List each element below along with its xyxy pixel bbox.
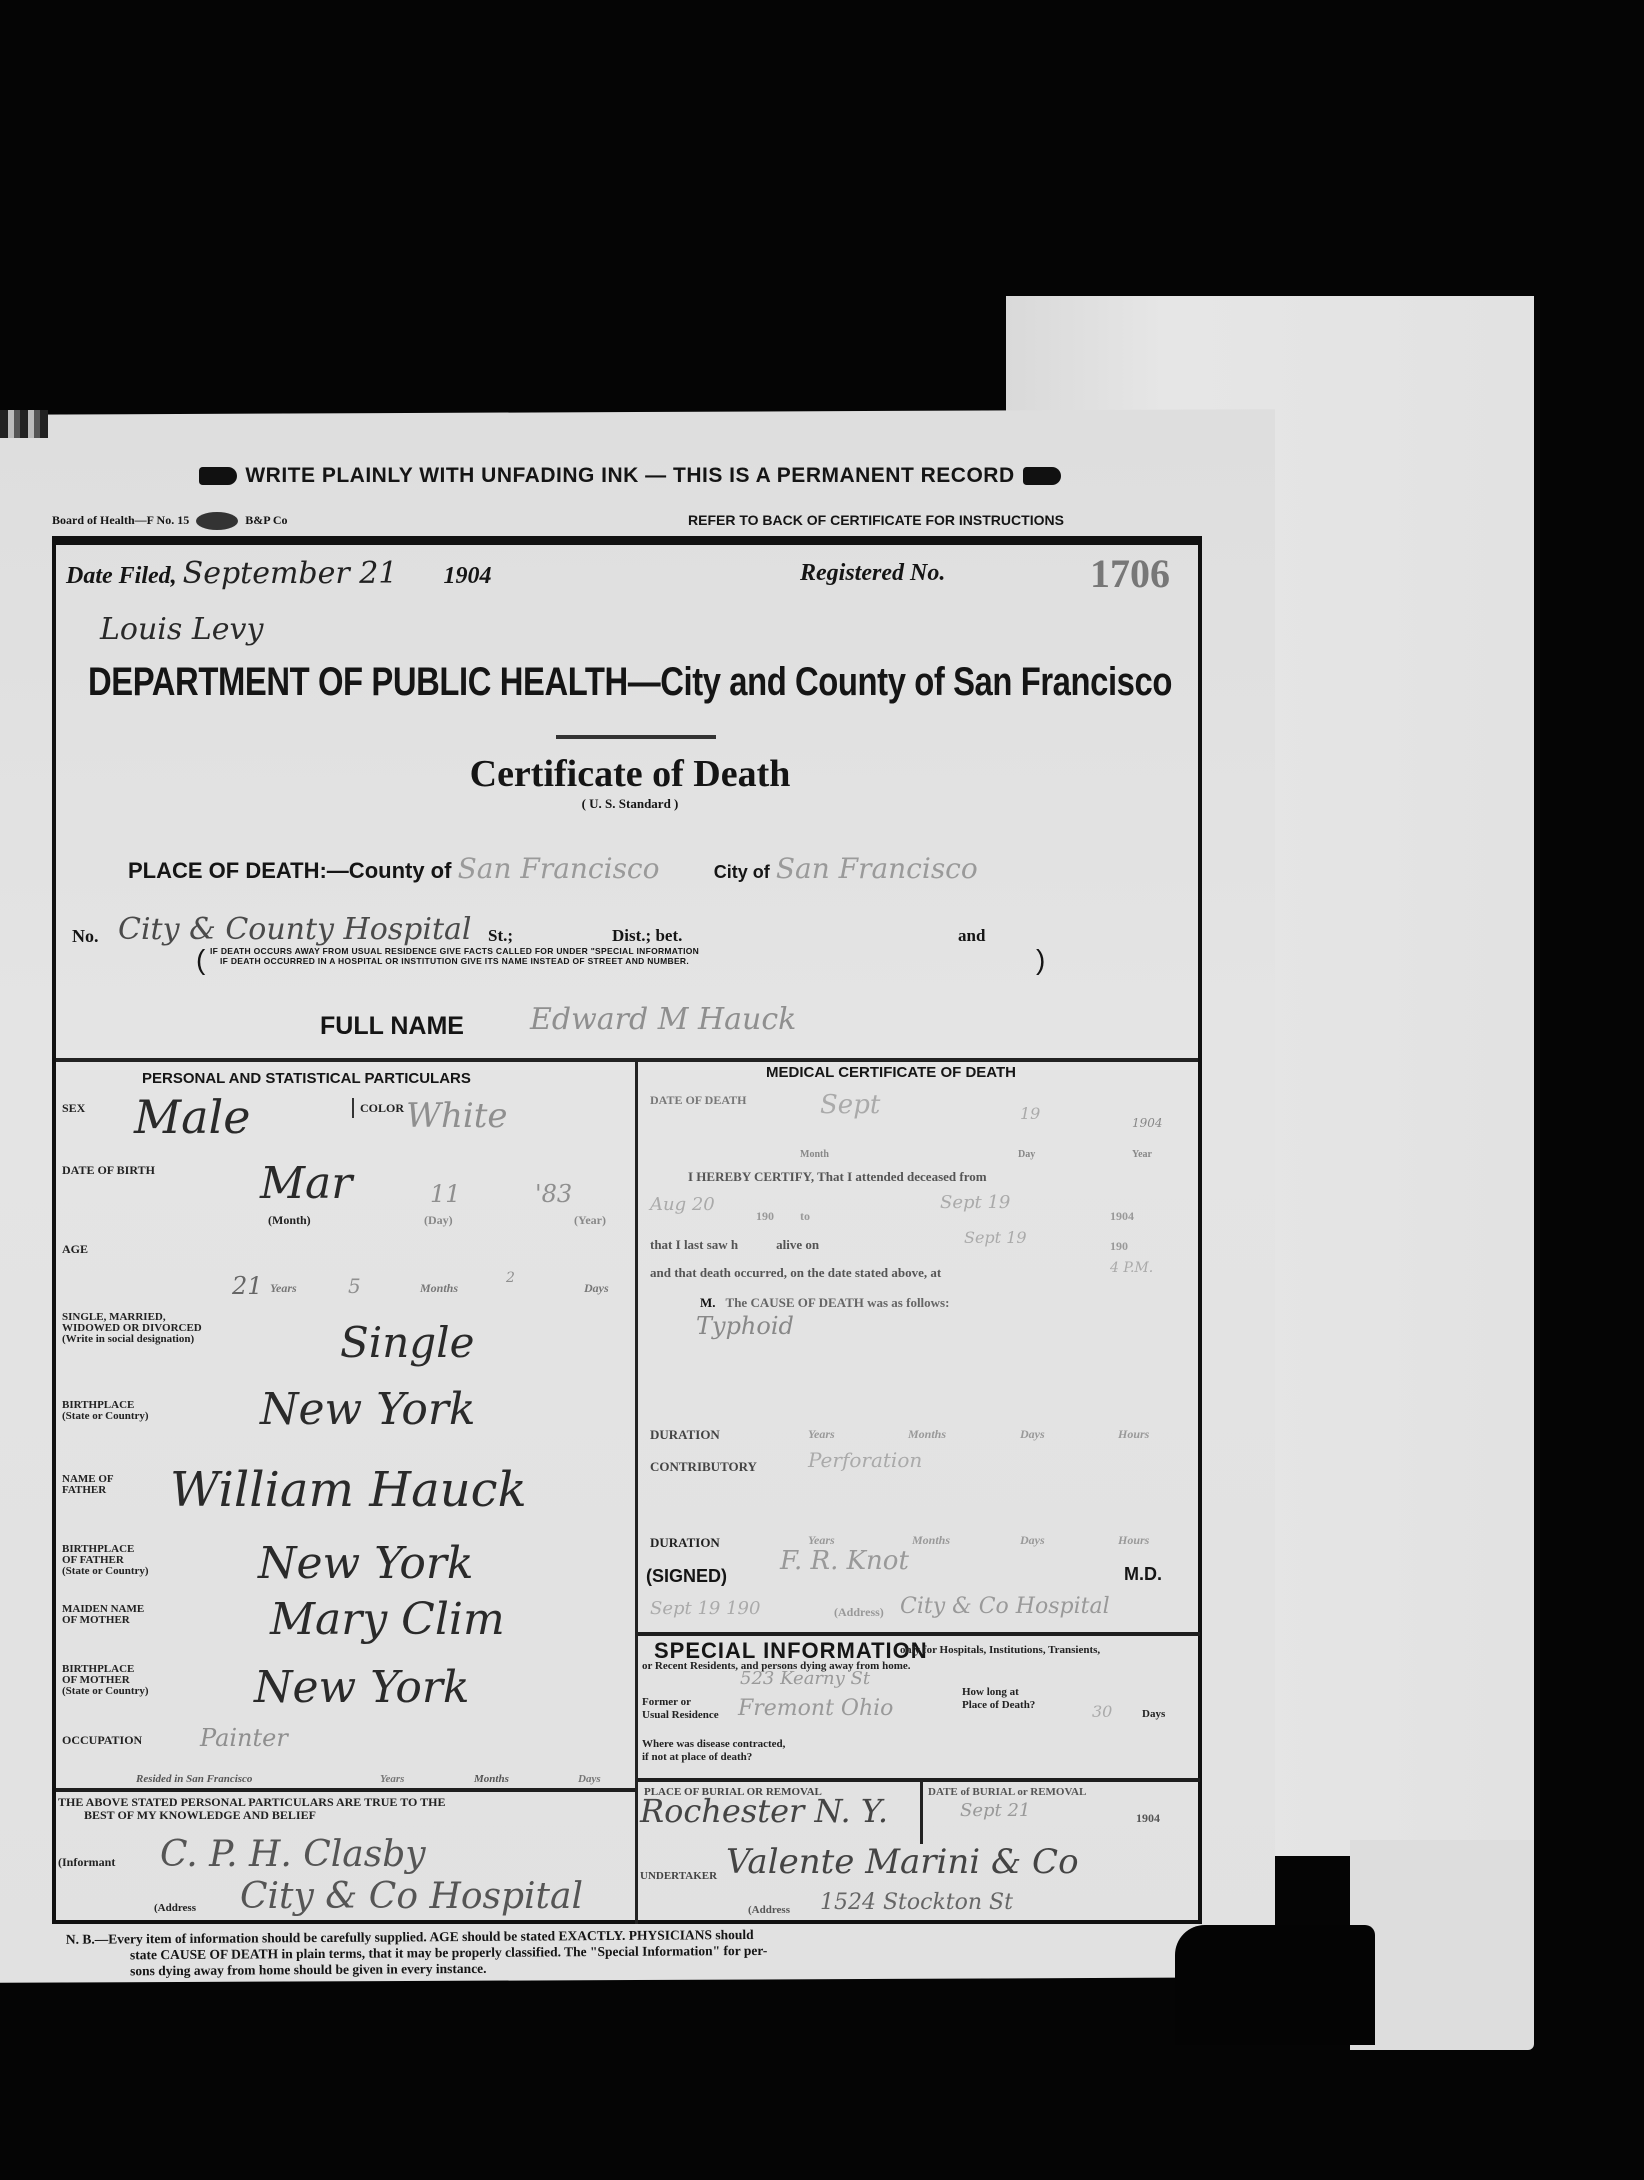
marital-label: SINGLE, MARRIED, WIDOWED OR DIVORCED (Wr… (62, 1312, 202, 1345)
occupation-label: OCCUPATION (62, 1734, 142, 1747)
dob-day: 11 (430, 1180, 461, 1208)
burial-date-value: Sept 21 (960, 1800, 1030, 1821)
birthplace-value: New York (260, 1384, 476, 1435)
sex-value: Male (134, 1090, 250, 1144)
burial-year: 1904 (1136, 1812, 1160, 1825)
occupation-value: Painter (200, 1724, 288, 1752)
undertaker-value: Valente Marini & Co (726, 1842, 1079, 1882)
burial-divider (638, 1778, 1200, 1782)
county-value: San Francisco (458, 852, 708, 885)
birthplace-label: BIRTHPLACE (State or Country) (62, 1400, 149, 1422)
date-filed: Date Filed, September 21 1904 (66, 556, 491, 591)
physician-signature: F. R. Knot (780, 1546, 909, 1576)
father-birthplace-value: New York (258, 1538, 474, 1589)
pointing-hand-icon (199, 467, 237, 485)
footnote: N. B.—Every item of information should b… (66, 1924, 1146, 1980)
street-address-value: City & County Hospital (118, 912, 471, 947)
clerk-signature: Louis Levy (100, 612, 263, 647)
sex-label: SEX (62, 1102, 85, 1115)
open-paren: ( (196, 944, 205, 976)
street-label: St.; (488, 926, 513, 946)
signed-date: Sept 19 190 (650, 1598, 760, 1619)
title-rule (556, 735, 716, 739)
contracted-label: Where was disease contracted, if not at … (642, 1738, 785, 1764)
informant-statement: THE ABOVE STATED PERSONAL PARTICULARS AR… (58, 1796, 445, 1822)
close-paren: ) (1036, 944, 1045, 976)
last-saw-label: that I last saw halive on (650, 1238, 819, 1251)
district-label: Dist.; bet. (612, 926, 682, 946)
informant-label: (Informant (58, 1856, 115, 1869)
burial-date-label: DATE of BURIAL or REMOVAL (928, 1786, 1086, 1799)
dod-day: 19 (1020, 1104, 1040, 1123)
clip-shadow (1175, 1925, 1375, 2045)
dod-label: DATE OF DEATH (650, 1094, 746, 1107)
special-divider (638, 1632, 1200, 1636)
back-sheet-corner (1350, 1840, 1534, 2050)
full-name-value: Edward M Hauck (530, 1002, 796, 1037)
undertaker-label: UNDERTAKER (640, 1870, 717, 1883)
duration-label: DURATION (650, 1428, 720, 1441)
how-long-label: How long at Place of Death? (962, 1686, 1035, 1712)
full-name-label: FULL NAME (320, 1012, 464, 1041)
age-label: AGE (62, 1243, 88, 1256)
contributory-label: CONTRIBUTORY (650, 1460, 757, 1473)
father-name-label: NAME OF FATHER (62, 1474, 114, 1496)
warning-banner: WRITE PLAINLY WITH UNFADING INK — THIS I… (100, 464, 1160, 488)
age-years: 21 (232, 1272, 263, 1300)
department-title: DEPARTMENT OF PUBLIC HEALTH—City and Cou… (88, 660, 974, 705)
burial-column-divider (920, 1780, 923, 1844)
attended-to: Sept 19 (940, 1192, 1010, 1213)
color-divider (352, 1098, 354, 1118)
attended-to-year: 1904 (1110, 1210, 1134, 1223)
date-filed-value: September 21 (183, 556, 398, 591)
marital-value: Single (340, 1318, 474, 1367)
personal-heading: PERSONAL AND STATISTICAL PARTICULARS (142, 1070, 471, 1087)
last-saw-date: Sept 19 (964, 1228, 1027, 1247)
certificate-frame (52, 536, 1202, 1924)
former-residence-line2: Fremont Ohio (738, 1696, 893, 1721)
physician-address: City & Co Hospital (900, 1594, 1110, 1619)
duration-label-2: DURATION (650, 1536, 720, 1549)
registered-label: Registered No. (800, 560, 945, 587)
dod-month: Sept (820, 1090, 880, 1120)
former-residence-line1: 523 Kearny St (740, 1668, 870, 1689)
place-of-death: PLACE OF DEATH:—County of San Francisco … (128, 852, 978, 885)
mother-name-label: MAIDEN NAME OF MOTHER (62, 1604, 144, 1626)
color-value: White (406, 1096, 508, 1136)
column-divider (635, 1062, 638, 1924)
undertaker-address-label: (Address (748, 1904, 790, 1917)
union-seal-icon (196, 512, 238, 530)
binding-edge (0, 410, 48, 438)
dob-month: Mar (260, 1158, 352, 1209)
cause-value: Typhoid (696, 1312, 794, 1340)
city-value: San Francisco (776, 852, 978, 885)
certify-statement: I HEREBY CERTIFY, That I attended deceas… (688, 1170, 987, 1183)
attended-from: Aug 20 (650, 1194, 715, 1215)
medical-heading: MEDICAL CERTIFICATE OF DEATH (766, 1064, 1016, 1081)
dob-year: '83 (535, 1180, 572, 1208)
dob-label: DATE OF BIRTH (62, 1164, 155, 1177)
informant-name: C. P. H. Clasby (160, 1834, 426, 1875)
section-divider (56, 1058, 1198, 1062)
certificate-title: Certificate of Death (300, 752, 960, 796)
refer-instructions: REFER TO BACK OF CERTIFICATE FOR INSTRUC… (688, 512, 1064, 528)
mother-birthplace-value: New York (254, 1662, 470, 1713)
registered-number: 1706 (1090, 550, 1170, 597)
date-filed-year: 1904 (443, 563, 491, 589)
md-label: M.D. (1124, 1564, 1162, 1585)
burial-place-value: Rochester N. Y. (640, 1792, 888, 1830)
standard-subtitle: ( U. S. Standard ) (300, 796, 960, 812)
color-label: COLOR (360, 1102, 404, 1115)
informant-address: City & Co Hospital (240, 1876, 583, 1917)
mother-name-value: Mary Clim (270, 1594, 505, 1645)
age-days: 2 (506, 1270, 515, 1286)
signed-label: (SIGNED) (646, 1566, 727, 1587)
printer-mark: Board of Health—F No. 15 B&P Co (52, 512, 288, 530)
street-number-label: No. (72, 926, 99, 947)
informant-address-label: (Address (154, 1902, 196, 1915)
and-label: and (958, 926, 985, 946)
contributory-value: Perforation (808, 1448, 922, 1472)
how-long-value: 30 (1092, 1702, 1112, 1721)
cause-label: M.The CAUSE OF DEATH was as follows: (700, 1296, 949, 1309)
former-residence-label: Former or Usual Residence (642, 1696, 719, 1722)
father-name-value: William Hauck (170, 1462, 527, 1518)
pointing-hand-icon (1023, 467, 1061, 485)
informant-divider (56, 1788, 636, 1792)
resided-label: Resided in San Francisco (136, 1773, 252, 1786)
death-occurred-label: and that death occurred, on the date sta… (650, 1266, 941, 1279)
undertaker-address: 1524 Stockton St (820, 1890, 1013, 1915)
father-birthplace-label: BIRTHPLACE OF FATHER (State or Country) (62, 1544, 149, 1577)
age-months: 5 (348, 1274, 361, 1298)
dod-year: 1904 (1132, 1116, 1163, 1130)
mother-birthplace-label: BIRTHPLACE OF MOTHER (State or Country) (62, 1664, 149, 1697)
place-instructions: IF DEATH OCCURS AWAY FROM USUAL RESIDENC… (210, 946, 1030, 966)
death-time: 4 P.M. (1110, 1260, 1153, 1276)
